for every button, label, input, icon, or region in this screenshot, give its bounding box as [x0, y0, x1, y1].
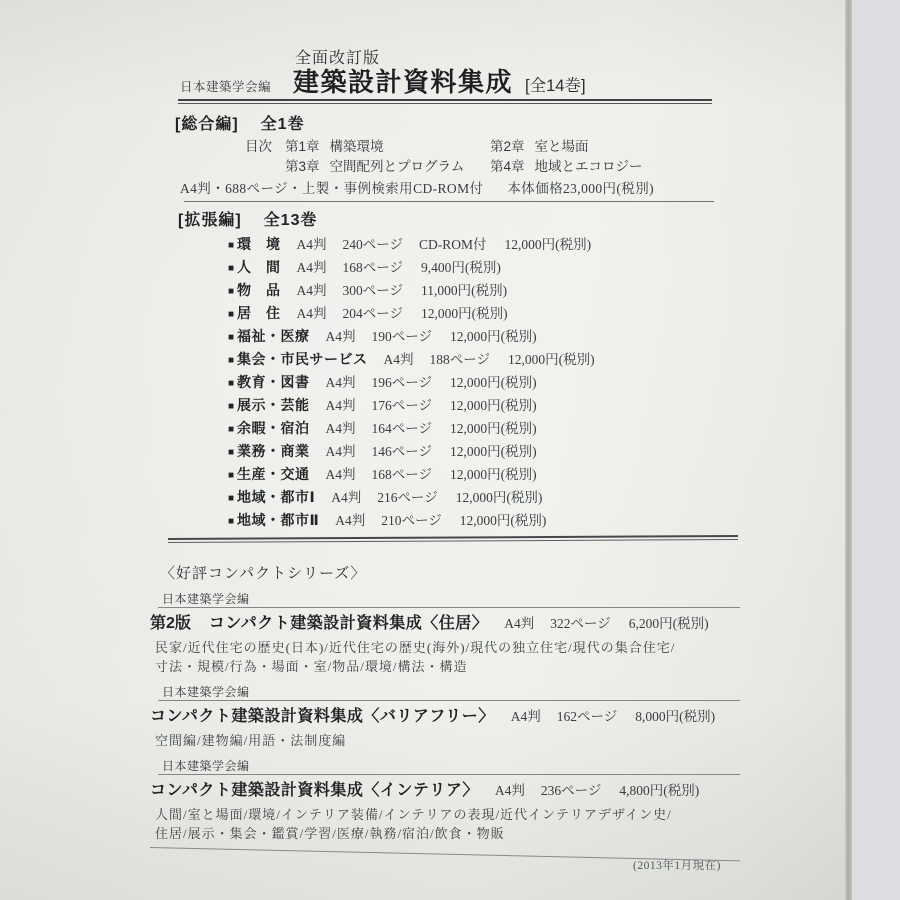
volume-price: 12,000円(税別)	[450, 326, 537, 347]
book-price: 6,200円(税別)	[629, 613, 709, 635]
section-double-rule	[168, 535, 738, 543]
general-edition-header: [総合編] 全1巻	[175, 111, 746, 134]
volume-row: ■居 住A4判204ページ12,000円(税別)	[228, 303, 746, 326]
expansion-volume-list: ■環 境A4判240ページCD-ROM付12,000円(税別) ■人 間A4判1…	[228, 234, 746, 533]
volume-pages: 210ページ	[381, 510, 441, 531]
book-title: コンパクト建築設計資料集成〈インテリア〉	[150, 780, 479, 802]
book-pages: 236ページ	[541, 780, 601, 802]
book-edition: 第2版	[150, 613, 191, 635]
volume-pages: 240ページ	[343, 234, 403, 255]
volume-format: A4判	[326, 441, 356, 462]
editor-rule	[158, 700, 740, 701]
volume-format: A4判	[331, 487, 361, 508]
book-contents: 人間/室と場面/環境/インテリア装備/インテリアの表現/近代インテリアデザイン史…	[155, 805, 746, 843]
volume-row: ■教育・図書A4判196ページ12,000円(税別)	[228, 372, 746, 395]
title-volume-count: [全14巻]	[525, 72, 586, 96]
volume-row: ■地域・都市ⅡA4判210ページ12,000円(税別)	[228, 510, 746, 533]
expansion-edition-header: [拡張編] 全13巻	[178, 207, 746, 230]
volume-pages: 168ページ	[343, 257, 403, 278]
title-row: 日本建築学会編 建築設計資料集成 [全14巻]	[150, 69, 746, 96]
volume-format: A4判	[384, 349, 414, 370]
general-edition-volumes: 全1巻	[261, 111, 305, 134]
square-bullet-icon: ■	[228, 373, 234, 394]
chapter-name: 地域とエコロジー	[535, 159, 643, 174]
toc-label: 目次	[245, 137, 285, 157]
book-pages: 322ページ	[550, 613, 610, 635]
book-format: A4判	[511, 706, 541, 728]
volume-row: ■集会・市民サービスA4判188ページ12,000円(税別)	[228, 349, 746, 372]
book-contents-line: 人間/室と場面/環境/インテリア装備/インテリアの表現/近代インテリアデザイン史…	[155, 805, 746, 824]
square-bullet-icon: ■	[228, 258, 234, 279]
volume-name: 物 品	[237, 280, 281, 301]
toc-chapter-2: 第2章室と場面	[490, 137, 746, 157]
book-editor: 日本建築学会編	[162, 685, 746, 699]
chapter-number: 第4章	[490, 157, 525, 177]
general-edition-price: 本体価格23,000円(税別)	[507, 180, 654, 198]
page-edge	[845, 0, 852, 900]
square-bullet-icon: ■	[228, 488, 234, 509]
volume-row: ■生産・交通A4判168ページ12,000円(税別)	[228, 464, 746, 487]
volume-price: 12,000円(税別)	[460, 510, 547, 531]
toc-row: 目次 第1章構築環境 第2章室と場面	[245, 137, 746, 157]
volume-pages: 196ページ	[372, 372, 432, 393]
volume-format: A4判	[326, 395, 356, 416]
square-bullet-icon: ■	[228, 511, 234, 532]
volume-pages: 164ページ	[372, 418, 432, 439]
toc-chapter-1: 第1章構築環境	[285, 137, 490, 157]
volume-price: 12,000円(税別)	[450, 372, 537, 393]
chapter-name: 構築環境	[330, 139, 384, 154]
book-title: コンパクト建築設計資料集成〈住居〉	[209, 613, 488, 635]
chapter-name: 空間配列とプログラム	[330, 159, 465, 174]
volume-row: ■物 品A4判300ページ11,000円(税別)	[228, 280, 746, 303]
volume-row: ■余暇・宿泊A4判164ページ12,000円(税別)	[228, 418, 746, 441]
book-pages: 162ページ	[557, 706, 617, 728]
compact-book-interior: 日本建築学会編 コンパクト建築設計資料集成〈インテリア〉 A4判 236ページ …	[150, 759, 746, 843]
table-of-contents: 目次 第1章構築環境 第2章室と場面 第3章空間配列とプログラム 第4章地域とエ…	[245, 137, 746, 177]
book-contents-line: 空間編/建物編/用語・法制度編	[155, 731, 746, 750]
volume-extra: CD-ROM付	[419, 234, 487, 255]
volume-pages: 190ページ	[372, 326, 432, 347]
volume-format: A4判	[326, 418, 356, 439]
title-double-rule	[178, 99, 712, 104]
square-bullet-icon: ■	[228, 419, 234, 440]
book-price: 4,800円(税別)	[619, 780, 699, 802]
volume-price: 12,000円(税別)	[450, 441, 537, 462]
book-title-row: コンパクト建築設計資料集成〈インテリア〉 A4判 236ページ 4,800円(税…	[150, 780, 746, 802]
volume-price: 12,000円(税別)	[450, 418, 537, 439]
volume-name: 地域・都市Ⅱ	[237, 510, 319, 531]
volume-name: 生産・交通	[237, 464, 310, 485]
toc-chapter-3: 第3章空間配列とプログラム	[285, 157, 490, 177]
book-price: 8,000円(税別)	[635, 706, 715, 728]
volume-format: A4判	[297, 280, 327, 301]
volume-price: 12,000円(税別)	[456, 487, 543, 508]
volume-price: 12,000円(税別)	[450, 395, 537, 416]
volume-format: A4判	[326, 372, 356, 393]
toc-chapter-4: 第4章地域とエコロジー	[490, 157, 746, 177]
volume-name: 環 境	[237, 234, 281, 255]
volume-format: A4判	[297, 257, 327, 278]
general-edition-spec-row: A4判・688ページ・上製・事例検索用CD-ROM付 本体価格23,000円(税…	[180, 180, 746, 198]
book-contents-line: 住居/展示・集会・鑑賞/学習/医療/執務/宿泊/飲食・物販	[155, 824, 746, 843]
volume-price: 12,000円(税別)	[508, 349, 595, 370]
revision-label: 全面改訂版	[295, 45, 746, 68]
publisher-editor: 日本建築学会編	[180, 77, 271, 95]
volume-pages: 168ページ	[372, 464, 432, 485]
book-contents-line: 民家/近代住宅の歴史(日本)/近代住宅の歴史(海外)/現代の独立住宅/現代の集合…	[155, 638, 746, 657]
volume-row: ■福祉・医療A4判190ページ12,000円(税別)	[228, 326, 746, 349]
volume-price: 12,000円(税別)	[505, 234, 592, 255]
book-editor: 日本建築学会編	[162, 759, 746, 773]
square-bullet-icon: ■	[228, 281, 234, 302]
volume-name: 教育・図書	[237, 372, 310, 393]
volume-pages: 204ページ	[343, 303, 403, 324]
section-rule	[184, 201, 714, 202]
volume-pages: 188ページ	[430, 349, 490, 370]
page-title: 建築設計資料集成	[293, 69, 513, 96]
volume-row: ■業務・商業A4判146ページ12,000円(税別)	[228, 441, 746, 464]
editor-rule	[158, 774, 740, 775]
chapter-number: 第1章	[285, 137, 320, 157]
volume-format: A4判	[297, 303, 327, 324]
chapter-number: 第3章	[285, 157, 320, 177]
volume-price: 12,000円(税別)	[421, 303, 508, 324]
volume-row: ■人 間A4判168ページ9,400円(税別)	[228, 257, 746, 280]
square-bullet-icon: ■	[228, 327, 234, 348]
square-bullet-icon: ■	[228, 304, 234, 325]
volume-name: 展示・芸能	[237, 395, 310, 416]
square-bullet-icon: ■	[228, 396, 234, 417]
general-edition-spec: A4判・688ページ・上製・事例検索用CD-ROM付	[180, 180, 483, 198]
book-editor: 日本建築学会編	[162, 592, 746, 606]
expansion-edition-label: [拡張編]	[178, 207, 242, 230]
volume-format: A4判	[335, 510, 365, 531]
compact-book-barrier-free: 日本建築学会編 コンパクト建築設計資料集成〈バリアフリー〉 A4判 162ページ…	[150, 685, 746, 750]
volume-price: 9,400円(税別)	[421, 257, 501, 278]
volume-format: A4判	[297, 234, 327, 255]
expansion-edition-volumes: 全13巻	[264, 207, 318, 230]
volume-row: ■展示・芸能A4判176ページ12,000円(税別)	[228, 395, 746, 418]
square-bullet-icon: ■	[228, 442, 234, 463]
volume-pages: 146ページ	[372, 441, 432, 462]
volume-name: 集会・市民サービス	[237, 349, 368, 370]
book-contents-line: 寸法・規模/行為・場面・室/物品/環境/構法・構造	[155, 657, 746, 676]
volume-name: 居 住	[237, 303, 281, 324]
square-bullet-icon: ■	[228, 350, 234, 371]
general-edition-label: [総合編]	[175, 111, 239, 134]
editor-rule	[158, 607, 740, 608]
page-content: 全面改訂版 日本建築学会編 建築設計資料集成 [全14巻] [総合編] 全1巻 …	[150, 45, 746, 873]
book-page-photo: 全面改訂版 日本建築学会編 建築設計資料集成 [全14巻] [総合編] 全1巻 …	[0, 0, 900, 900]
chapter-name: 室と場面	[535, 139, 589, 154]
volume-format: A4判	[326, 464, 356, 485]
book-title-row: 第2版 コンパクト建築設計資料集成〈住居〉 A4判 322ページ 6,200円(…	[150, 613, 746, 635]
book-format: A4判	[504, 613, 534, 635]
compact-series-header: 〈好評コンパクトシリーズ〉	[160, 562, 746, 583]
book-title-row: コンパクト建築設計資料集成〈バリアフリー〉 A4判 162ページ 8,000円(…	[150, 706, 746, 728]
toc-spacer	[245, 157, 285, 177]
chapter-number: 第2章	[490, 137, 525, 157]
volume-name: 業務・商業	[237, 441, 310, 462]
book-title: コンパクト建築設計資料集成〈バリアフリー〉	[150, 706, 495, 728]
book-contents: 空間編/建物編/用語・法制度編	[155, 731, 746, 750]
compact-book-jukyo: 日本建築学会編 第2版 コンパクト建築設計資料集成〈住居〉 A4判 322ページ…	[150, 592, 746, 676]
square-bullet-icon: ■	[228, 465, 234, 486]
volume-name: 地域・都市Ⅰ	[237, 487, 315, 508]
book-contents: 民家/近代住宅の歴史(日本)/近代住宅の歴史(海外)/現代の独立住宅/現代の集合…	[155, 638, 746, 676]
volume-name: 余暇・宿泊	[237, 418, 310, 439]
catalog-page: 全面改訂版 日本建築学会編 建築設計資料集成 [全14巻] [総合編] 全1巻 …	[0, 0, 852, 900]
toc-row: 第3章空間配列とプログラム 第4章地域とエコロジー	[245, 157, 746, 177]
volume-row: ■地域・都市ⅠA4判216ページ12,000円(税別)	[228, 487, 746, 510]
volume-name: 人 間	[237, 257, 281, 278]
volume-format: A4判	[326, 326, 356, 347]
book-format: A4判	[495, 780, 525, 802]
volume-pages: 216ページ	[377, 487, 437, 508]
square-bullet-icon: ■	[228, 235, 234, 256]
volume-row: ■環 境A4判240ページCD-ROM付12,000円(税別)	[228, 234, 746, 257]
volume-pages: 300ページ	[343, 280, 403, 301]
volume-price: 12,000円(税別)	[450, 464, 537, 485]
volume-price: 11,000円(税別)	[421, 280, 507, 301]
volume-pages: 176ページ	[372, 395, 432, 416]
volume-name: 福祉・医療	[237, 326, 310, 347]
